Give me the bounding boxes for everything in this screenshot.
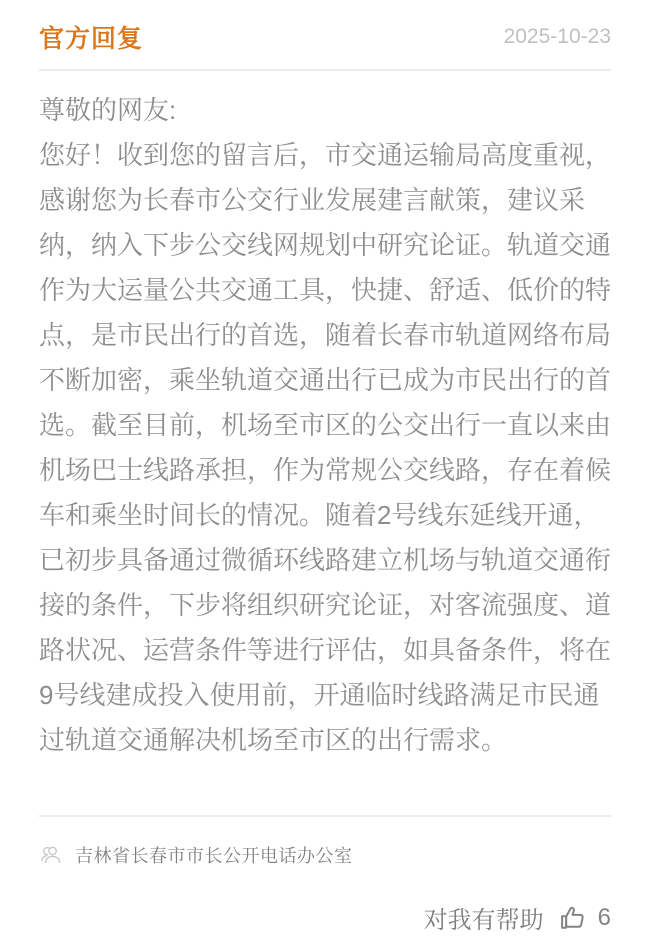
department-name: 吉林省长春市市长公开电话办公室 xyxy=(75,842,353,868)
reply-body: 尊敬的网友: 您好！收到您的留言后，市交通运输局高度重视，感谢您为长春市公交行业… xyxy=(39,88,611,763)
helpful-row: 对我有帮助 6 xyxy=(39,900,611,935)
helpful-button[interactable]: 对我有帮助 6 xyxy=(424,900,611,935)
official-reply-card: 官方回复 2025-10-23 尊敬的网友: 您好！收到您的留言后，市交通运输局… xyxy=(0,0,650,942)
header-divider xyxy=(39,69,611,71)
reply-date: 2025-10-23 xyxy=(504,25,611,49)
reply-text: 您好！收到您的留言后，市交通运输局高度重视，感谢您为长春市公交行业发展建言献策，… xyxy=(39,133,611,763)
footer-divider xyxy=(39,815,611,817)
user-group-icon xyxy=(39,843,63,867)
helpful-label: 对我有帮助 xyxy=(424,900,544,935)
helpful-count: 6 xyxy=(598,904,611,932)
salutation: 尊敬的网友: xyxy=(39,88,611,133)
page-title: 官方回复 xyxy=(39,19,143,55)
department-row: 吉林省长春市市长公开电话办公室 xyxy=(39,842,611,868)
reply-header: 官方回复 2025-10-23 xyxy=(39,20,611,54)
thumbs-up-icon[interactable] xyxy=(558,903,588,933)
